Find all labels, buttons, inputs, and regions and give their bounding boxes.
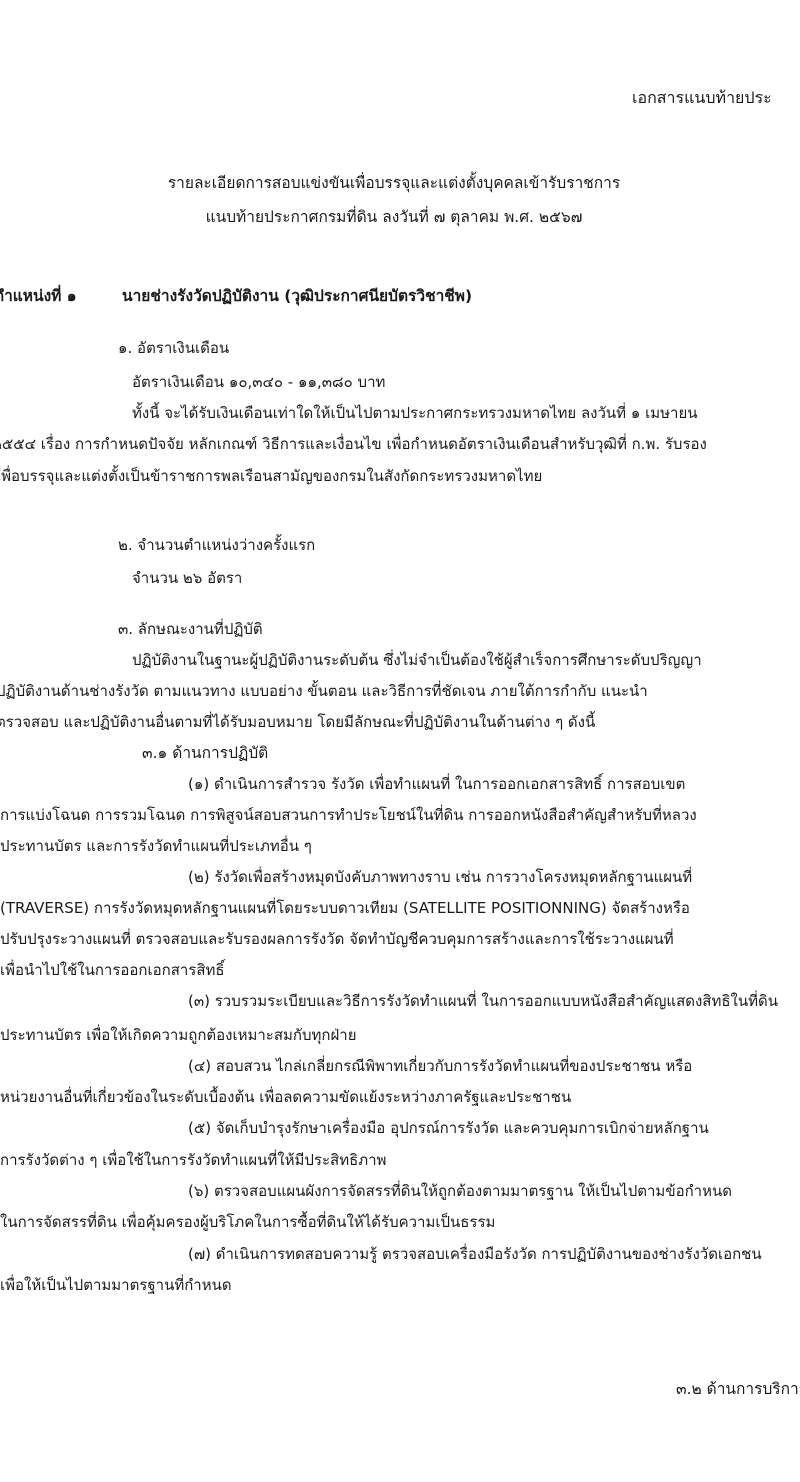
salary-range: อัตราเงินเดือน ๑๐,๓๔๐ - ๑๑,๓๘๐ บาท — [132, 372, 385, 392]
duty-item-1: (๑) ดำเนินการสำรวจ รังวัด เพื่อทำแผนที่ … — [188, 774, 685, 794]
duty-item-4: (๔) สอบสวน ไกล่เกลี่ยกรณีพิพาทเกี่ยวกับก… — [188, 1056, 692, 1076]
subsection-3-1-heading: ๓.๑ ด้านการปฏิบัติ — [142, 743, 268, 763]
duty-item-5-cont: การรังวัดต่าง ๆ เพื่อใช้ในการรังวัดทำแผน… — [0, 1150, 386, 1170]
continuation-marker: ๓.๒ ด้านการบริการ.. — [676, 1379, 800, 1399]
section3-intro-line: ตรวจสอบ และปฏิบัติงานอื่นตามที่ได้รับมอบ… — [0, 712, 595, 732]
section1-text-line: ทั้งนี้ จะได้รับเงินเดือนเท่าใดให้เป็นไป… — [132, 403, 800, 423]
section3-intro-line: ปฏิบัติงานในฐานะผู้ปฏิบัติงานระดับต้น ซึ… — [132, 650, 800, 670]
section2-heading: ๒. จำนวนตำแหน่งว่างครั้งแรก — [118, 535, 315, 555]
duty-item-6-cont: ในการจัดสรรที่ดิน เพื่อคุ้มครองผู้บริโภค… — [0, 1212, 495, 1232]
duty-item-4-cont: หน่วยงานอื่นที่เกี่ยวข้องในระดับเบื้องต้… — [0, 1087, 571, 1107]
duty-item-5: (๕) จัดเก็บบำรุงรักษาเครื่องมือ อุปกรณ์ก… — [188, 1118, 709, 1138]
duty-item-3: (๓) รวบรวมระเบียบและวิธีการรังวัดทำแผนที… — [188, 991, 778, 1011]
duty-item-7: (๗) ดำเนินการทดสอบความรู้ ตรวจสอบเครื่อง… — [188, 1244, 762, 1264]
duty-item-1-cont: ประทานบัตร และการรังวัดทำแผนที่ประเภทอื่… — [0, 836, 312, 856]
duty-item-7-cont: เพื่อให้เป็นไปตามมาตรฐานที่กำหนด — [0, 1275, 232, 1295]
document-title-line2: แนบท้ายประกาศกรมที่ดิน ลงวันที่ ๗ ตุลาคม… — [134, 207, 654, 227]
vacancy-count: จำนวน ๒๖ อัตรา — [132, 568, 242, 588]
section3-intro-line: ปฏิบัติงานด้านช่างรังวัด ตามแนวทาง แบบอย… — [0, 681, 800, 701]
attachment-label: เอกสารแนบท้ายประ — [632, 88, 772, 108]
position-label: ตำแหน่งที่ ๑ — [0, 286, 77, 306]
duty-item-3-cont: ประทานบัตร เพื่อให้เกิดความถูกต้องเหมาะส… — [0, 1025, 356, 1045]
section3-heading: ๓. ลักษณะงานที่ปฏิบัติ — [118, 619, 263, 639]
duty-item-6: (๖) ตรวจสอบแผนผังการจัดสรรที่ดินให้ถูกต้… — [188, 1181, 732, 1201]
position-title: นายช่างรังวัดปฏิบัติงาน (วุฒิประกาศนียบั… — [122, 286, 472, 306]
duty-item-2: (๒) รังวัดเพื่อสร้างหมุดบังคับภาพทางราบ … — [188, 867, 692, 887]
document-title-line1: รายละเอียดการสอบแข่งขันเพื่อบรรจุและแต่ง… — [134, 173, 654, 193]
section1-heading: ๑. อัตราเงินเดือน — [118, 338, 229, 358]
section1-text-line: ๒๕๕๔ เรื่อง การกำหนดปัจจัย หลักเกณฑ์ วิธ… — [0, 434, 800, 454]
duty-item-2-cont: ปรับปรุงระวางแผนที่ ตรวจสอบและรับรองผลกา… — [0, 929, 674, 949]
section1-text-line: เพื่อบรรจุและแต่งตั้งเป็นข้าราชการพลเรือ… — [0, 466, 542, 486]
duty-item-1-cont: การแบ่งโฉนด การรวมโฉนด การพิสูจน์สอบสวนก… — [0, 805, 697, 825]
duty-item-2-cont: เพื่อนำไปใช้ในการออกเอกสารสิทธิ์ — [0, 960, 225, 980]
duty-item-2-cont: (TRAVERSE) การรังวัดหมุดหลักฐานแผนที่โดย… — [0, 898, 690, 918]
